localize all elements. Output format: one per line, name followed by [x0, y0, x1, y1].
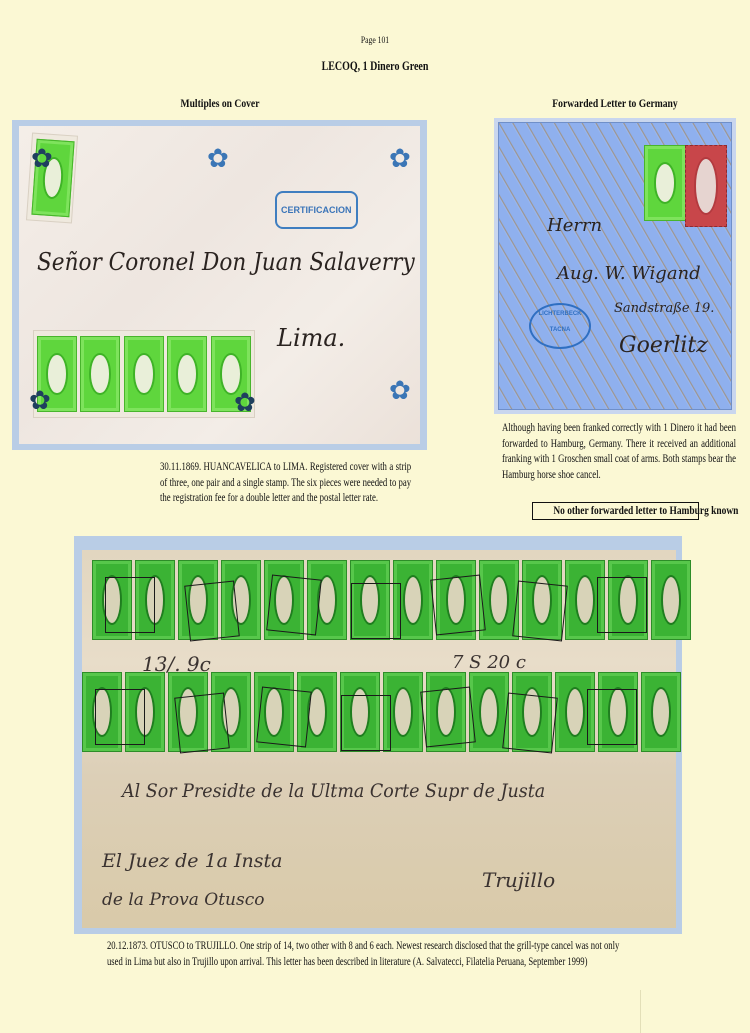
sender-line-2: de la Prova Otusco	[102, 890, 264, 910]
rate-notation-right: 7 S 20 c	[452, 652, 526, 673]
grill-cancel	[502, 693, 558, 754]
right-section-heading: Forwarded Letter to Germany	[515, 96, 715, 111]
sender-line-1: El Juez de 1a Insta	[102, 850, 283, 872]
stamp	[651, 560, 691, 640]
grill-cancel	[512, 581, 568, 642]
cover-paper: 13/. 9c 7 S 20 c Al Sor Presidte de la U…	[82, 550, 676, 928]
star-cancel-icon: ✿	[389, 378, 411, 404]
page-number: Page 101	[56, 35, 694, 45]
grill-cancel	[174, 693, 230, 754]
star-cancel-icon: ✿	[389, 146, 411, 172]
star-cancel-icon: ✿	[29, 388, 51, 414]
left-caption: 30.11.1869. HUANCAVELICA to LIMA. Regist…	[160, 460, 411, 507]
grill-cancel	[341, 695, 391, 751]
grill-cancel	[597, 577, 647, 633]
bottom-caption-line-2: used in Lima but also in Trujillo upon a…	[107, 955, 646, 971]
grill-cancel	[256, 687, 312, 748]
destination: Trujillo	[482, 868, 555, 892]
bottom-caption-line-1: 20.12.1873. OTUSCO to TRUJILLO. One stri…	[107, 939, 646, 955]
tacna-oval-handstamp: LICHTERBECK TACNA	[529, 303, 591, 349]
address-line-2: Lima.	[277, 324, 345, 352]
registered-cover-image: ✿ ✿ ✿ CERTIFICACION Señor Coronel Don Ju…	[12, 120, 427, 450]
stamp	[641, 672, 681, 752]
address-line-2: Aug. W. Wigand	[557, 263, 701, 284]
star-cancel-icon: ✿	[234, 390, 256, 416]
stamp-strip-bottom	[82, 672, 681, 752]
grill-cancel	[266, 575, 322, 636]
stamp	[167, 336, 207, 412]
grill-cancel	[430, 575, 486, 636]
address-line-1: Herrn	[547, 215, 602, 236]
grill-cancel	[105, 577, 155, 633]
forwarded-letter-image: Herrn Aug. W. Wigand Sandstraße 19. Goer…	[494, 118, 736, 414]
grill-cancel	[351, 583, 401, 639]
star-cancel-icon: ✿	[31, 146, 53, 172]
stamp	[80, 336, 120, 412]
cover-paper: ✿ ✿ ✿ CERTIFICACION Señor Coronel Don Ju…	[19, 126, 420, 444]
highlight-note: No other forwarded letter to Hamburg kno…	[553, 503, 738, 519]
highlight-note-box: No other forwarded letter to Hamburg kno…	[532, 502, 699, 520]
page-fold-line	[640, 990, 641, 1033]
peru-stamp	[644, 145, 686, 221]
left-section-heading: Multiples on Cover	[116, 96, 324, 111]
grill-cancel	[420, 687, 476, 748]
oval-top-text: LICHTERBECK	[531, 311, 589, 317]
address-line-4: Goerlitz	[619, 333, 708, 358]
address-line-3: Sandstraße 19.	[614, 301, 714, 316]
oval-bottom-text: TACNA	[531, 327, 589, 333]
cover-paper: Herrn Aug. W. Wigand Sandstraße 19. Goer…	[498, 122, 732, 410]
address-line: Al Sor Presidte de la Ultma Corte Supr d…	[122, 780, 545, 802]
bottom-caption: 20.12.1873. OTUSCO to TRUJILLO. One stri…	[107, 939, 646, 970]
grill-cancel	[184, 581, 240, 642]
grill-cancel	[587, 689, 637, 745]
star-cancel-icon: ✿	[207, 146, 229, 172]
stamp	[124, 336, 164, 412]
page-title: LECOQ, 1 Dinero Green	[75, 59, 675, 74]
address-line-1: Señor Coronel Don Juan Salaverry	[37, 248, 415, 276]
right-caption: Although having been franked correctly w…	[502, 421, 736, 483]
registration-handstamp: CERTIFICACION	[275, 191, 358, 229]
german-groschen-stamp	[685, 145, 727, 227]
otusco-cover-image: 13/. 9c 7 S 20 c Al Sor Presidte de la U…	[74, 536, 682, 934]
stamp-strip-top	[92, 560, 691, 640]
grill-cancel	[95, 689, 145, 745]
